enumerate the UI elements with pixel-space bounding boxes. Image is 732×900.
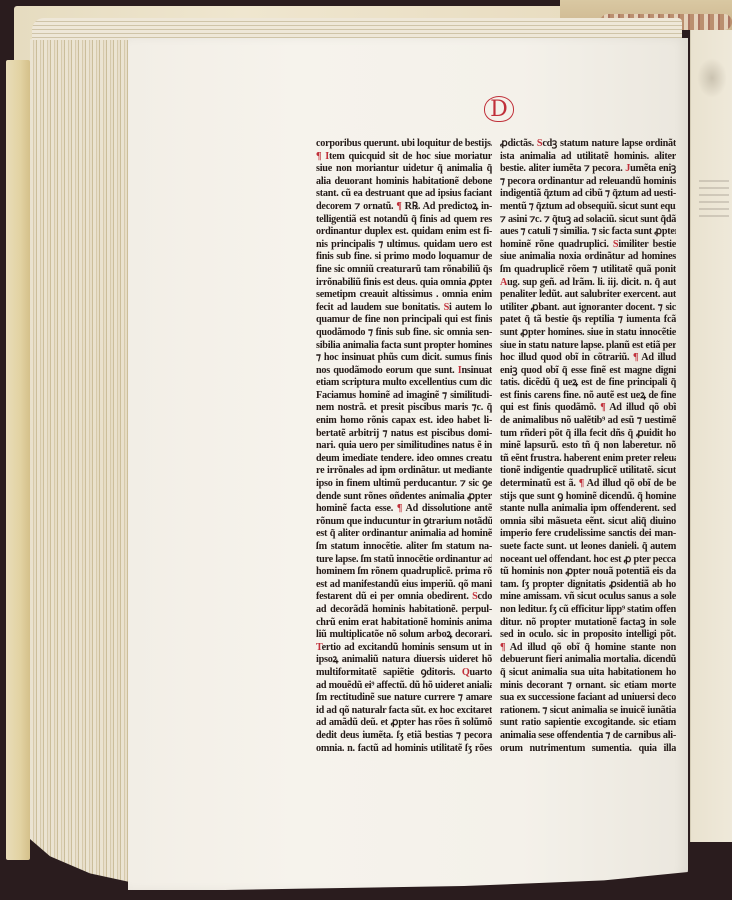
text-line: nem nostrã. et presit piscibus maris ⁊c.… <box>316 402 492 415</box>
text-line: tatis. dicẽdũ q̃ ueꝝ est de fine princip… <box>500 377 676 390</box>
text-line: nari. quia uero per similitudines natus … <box>316 440 492 453</box>
text-line: quamur de fine non principali qui est fi… <box>316 314 492 327</box>
text-line: hominem ſm rõnem quadruplicẽ. prima rõ <box>316 566 492 579</box>
text-line: nis principalis ⁊ ultimus. quidam uero e… <box>316 239 492 252</box>
text-column-left: corporibus querunt. ubi loquitur de best… <box>316 138 492 755</box>
book-photograph: D corporibus querunt. ubi loquitur de be… <box>0 0 732 900</box>
facing-page-text-ghost <box>699 180 729 220</box>
text-line: mine amissam. vñ sicut oculus sanus a so… <box>500 591 676 604</box>
text-line: sunt ratio sapientie excogitande. sic et… <box>500 717 676 730</box>
text-line: ad decorãdã hominis habitationẽ. perpul- <box>316 604 492 617</box>
text-line: tum rñderi põt q̃ illa fecit dñs q̃ ꝓuid… <box>500 428 676 441</box>
text-line: ture lapse. ſm statũ innocẽtie ordinantu… <box>316 554 492 567</box>
text-line: est finis carens fine. nõ autẽ est ueꝝ d… <box>500 390 676 403</box>
text-line: omnia sibi mãsueta eẽnt. sicut aliq̃ diu… <box>500 516 676 529</box>
text-line: tñ eẽnt frustra. haberent enim preter re… <box>500 453 676 466</box>
text-line: tam. ſʒ propter dignitatis ꝓsidentiã ab … <box>500 579 676 592</box>
rubricated-initial: S <box>537 138 542 149</box>
text-line: fecit ad laudem sue bonitatis. Si autem … <box>316 302 492 315</box>
text-line: hominẽ rõne quadruplici. Similiter besti… <box>500 239 676 252</box>
text-line: sed in oculo. sic in proposito intelligi… <box>500 629 676 642</box>
text-line: ⁊ pecora ordinantur ad releuandũ hominis <box>500 176 676 189</box>
paragraph-mark: ¶ <box>579 478 584 489</box>
text-line: animalia sese offendentia ⁊ de carnibus … <box>500 730 676 743</box>
text-line: decorem ⁊ ornatũ. ¶ R℞. Ad predictoꝝ in- <box>316 201 492 214</box>
text-line: ¶ Ad illud qõ obĩ q̃ homine stante non <box>500 642 676 655</box>
rubricated-initial: I <box>325 151 329 162</box>
text-line: minis decorant ⁊ ornant. sic etiam morte <box>500 680 676 693</box>
text-line: deum imediate tendere. ideo omnes creatu <box>316 453 492 466</box>
text-line: irrõnabiliũ finis est deus. quia omnia ꝓ… <box>316 277 492 290</box>
text-line: etiam scriptura multo excellentius cum d… <box>316 377 492 390</box>
text-line: finis sub fine. si primo modo loquamur d… <box>316 251 492 264</box>
text-line: eniꝫ quod obĩ q̃ esse finẽ est magne dig… <box>500 365 676 378</box>
text-line: Tertio ad excitandũ hominis sensum ut in <box>316 642 492 655</box>
text-line: noceant uel offendant. hoc est ꝓ pter pe… <box>500 554 676 567</box>
text-line: determinatũ est ã. ¶ Ad illud qõ obĩ de … <box>500 478 676 491</box>
rubricated-initial: S <box>613 239 618 250</box>
text-line: ditur. nõ propter mutationẽ factaꝫ in so… <box>500 617 676 630</box>
text-line: orum nutrimentum sumentia. quia illa <box>500 743 676 756</box>
text-line: indigentiã q̃ztum ad cibũ ⁊ q̃ztum ad ue… <box>500 188 676 201</box>
text-line: est ad manifestandũ eius imperiũ. qõ man… <box>316 579 492 592</box>
paragraph-mark: ¶ <box>633 352 638 363</box>
text-line: de animalibus nõ ualẽtib⁹ ad esũ ⁊ uesti… <box>500 415 676 428</box>
text-line: id ad qõ naturalr facta sũt. ex hoc exci… <box>316 705 492 718</box>
rubricated-initial: Q <box>462 667 470 678</box>
text-line: ſm quadruplicẽ rõem ⁊ utilitatẽ quã poni… <box>500 264 676 277</box>
rubricated-initial: S <box>444 302 449 313</box>
text-line: siue animalia noxia ordinãtur ad homines <box>500 251 676 264</box>
folio-signature-mark: D <box>484 96 514 122</box>
paragraph-mark: ¶ <box>396 201 401 212</box>
paragraph-mark: ¶ <box>397 503 402 514</box>
text-line: aues ⁊ catuli ⁊ similia. ⁊ sic facta sun… <box>500 226 676 239</box>
text-line: imperio fere crudelissime sanctis dei ma… <box>500 528 676 541</box>
text-line: nos quodãmodo eorum que sunt. Insinuat <box>316 365 492 378</box>
text-line: sunt ꝓpter homines. siue in statu innocẽ… <box>500 327 676 340</box>
text-line: fine sic omniũ creaturarũ tam rõnabiliũ … <box>316 264 492 277</box>
text-line: siue non moriantur uidetur q̃ animalia q… <box>316 163 492 176</box>
paragraph-mark: ¶ <box>600 402 605 413</box>
text-line: ſm rectitudinẽ sue nature currere ⁊ amar… <box>316 692 492 705</box>
text-line: qui est finis quodãmõ. ¶ Ad illud qõ obĩ <box>500 402 676 415</box>
text-line: patet q̃ tã bestie q̃s reptilia ⁊ iument… <box>500 314 676 327</box>
text-line: festarent dũ ei per omnia obedirent. Scd… <box>316 591 492 604</box>
text-line: multiformitatẽ sapiẽtie ꝯditoris. Quarto <box>316 667 492 680</box>
text-line: tionẽ indigentie quadruplicẽ utilitatẽ. … <box>500 465 676 478</box>
paragraph-mark: ¶ <box>500 642 505 653</box>
text-line: ⁊ asini ⁊c. ⁊ q̃tuꝫ ad solaciũ. sicut su… <box>500 214 676 227</box>
text-line: ad mouẽdũ ei⁹ affectũ. dũ hõ uideret ani… <box>316 680 492 693</box>
text-line: re irrõnales ad ipm ordinãtur. ut median… <box>316 465 492 478</box>
text-line: stijs que sunt ꝯ hominẽ dicendũ. q̃ homi… <box>500 491 676 504</box>
text-line: ordinantur duplex est. quidam enim est f… <box>316 226 492 239</box>
text-line: bertatẽ arbitrij ⁊ natus est piscibus do… <box>316 428 492 441</box>
text-line: penaliter ledũt. aut salubriter exercent… <box>500 289 676 302</box>
rubricated-initial: I <box>458 365 462 376</box>
text-line: stante nulla animalia ipm offenderent. s… <box>500 503 676 516</box>
text-line: hominẽ facta esse. ¶ Ad dissolutione ant… <box>316 503 492 516</box>
text-line: siue in statu nature lapse. planũ est et… <box>500 340 676 353</box>
text-line: alia deuorant hominis habitationẽ debone <box>316 176 492 189</box>
text-line: enim homo rõnis capax est. ideo habet li… <box>316 415 492 428</box>
text-line: ipsoꝝ animaliũ natura diuersis uideret h… <box>316 654 492 667</box>
vellum-cover-edge <box>6 60 30 860</box>
text-column-right: ꝓdictãs. Scdꝫ statum nature lapse ordinã… <box>500 138 676 755</box>
rubricated-initial: T <box>316 642 322 653</box>
text-line: omnia. n. factũ ad hominis utilitatẽ ſʒ … <box>316 743 492 756</box>
text-line: ad amãdũ deũ. et ꝓpter has rões ñ solũmõ <box>316 717 492 730</box>
text-line: sua ex successione faciant ad uniuersi d… <box>500 692 676 705</box>
text-line: ꝓdictãs. Scdꝫ statum nature lapse ordinã… <box>500 138 676 151</box>
text-line: hoc illud quod obĩ in cõtrariũ. ¶ Ad ill… <box>500 352 676 365</box>
text-line: ista animalia ad utilitatẽ hominis. alit… <box>500 151 676 164</box>
text-line: q̃ sicut animalia sua uita habitationem … <box>500 667 676 680</box>
text-line: rationem. ⁊ sicut animalia se inuicẽ iun… <box>500 705 676 718</box>
text-line: chrũ enim erat habitationẽ hominis anima <box>316 617 492 630</box>
rubricated-initial: S <box>472 591 477 602</box>
text-line: ipso in finem ultimũ perducantur. ⁊ sic … <box>316 478 492 491</box>
page-stack-fore-edge <box>30 22 130 882</box>
text-line: semetipm creauit altissimus . omnia enim <box>316 289 492 302</box>
text-line: minẽ lapsurũ. esto tñ q̃ non laberetur. … <box>500 440 676 453</box>
text-line: liũ multiplicatõe nõ solum arboꝝ decorar… <box>316 629 492 642</box>
text-line: est q̃ aliter ordinantur animalia ad hom… <box>316 528 492 541</box>
facing-page-stain <box>697 58 727 98</box>
text-line: tũ hominis non ꝓpter nouã potentiã eis d… <box>500 566 676 579</box>
text-line: ¶ Item quicquid sit de hoc siue moriatur <box>316 151 492 164</box>
text-line: bestie. aliter iumẽta ⁊ pecora. Jumẽta e… <box>500 163 676 176</box>
page-stack-top-edge <box>32 18 682 40</box>
text-line: dende sunt rõnes oñdentes animalia ꝓpter <box>316 491 492 504</box>
rubricated-initial: J <box>625 163 630 174</box>
text-line: stant. cũ ea destruant que ad ipsius fac… <box>316 188 492 201</box>
rubricated-initial: A <box>500 277 507 288</box>
text-line: telligentiã est notandũ q̃ finis ad quem… <box>316 214 492 227</box>
text-line: ſm statum innocẽtie. aliter ſm statum na… <box>316 541 492 554</box>
paragraph-mark: ¶ <box>316 151 321 162</box>
text-line: Aug. sup geñ. ad lrãm. li. iij. dicit. n… <box>500 277 676 290</box>
text-line: Faciamus hominẽ ad imaginẽ ⁊ similitudi- <box>316 390 492 403</box>
text-line: rõnum que inducuntur in ꝯtrarium notãdũ <box>316 516 492 529</box>
text-line: dedit deus iumẽta. ſʒ etiã bestias ⁊ pec… <box>316 730 492 743</box>
text-line: non leditur. ſʒ cũ efficitur lipp⁹ stati… <box>500 604 676 617</box>
text-line: quodãmodo ⁊ finis sub fine. sic omnia se… <box>316 327 492 340</box>
text-line: ⁊ hoc insinuat phũs cum dicit. sumus fin… <box>316 352 492 365</box>
facing-page <box>690 30 732 842</box>
text-line: sibilia animalia facta sunt propter homi… <box>316 340 492 353</box>
text-line: utiliter ꝓbant. aut ignoranter docent. ⁊… <box>500 302 676 315</box>
text-line: mentũ ⁊ q̃ztum ad obsequiũ. sicut sunt e… <box>500 201 676 214</box>
text-line: corporibus querunt. ubi loquitur de best… <box>316 138 492 151</box>
text-line: suete facte sunt. ut leones danieli. q̃ … <box>500 541 676 554</box>
text-line: debuerunt fieri animalia mortalia. dicen… <box>500 654 676 667</box>
